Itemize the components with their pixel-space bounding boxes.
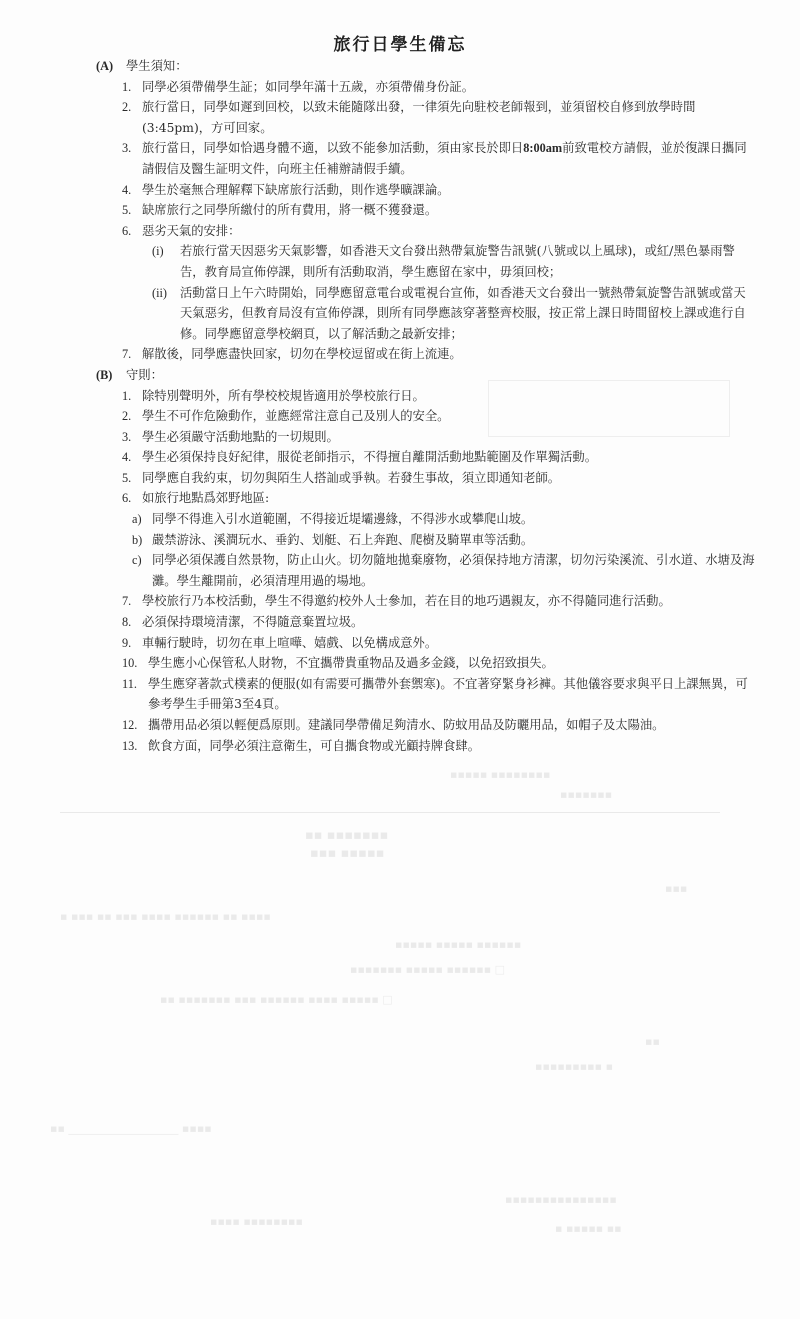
item-number: 5.: [122, 468, 142, 489]
item-text: 同學必須保護自然景物，防止山火。切勿隨地拋棄廢物，必須保持地方清潔，切勿污染溪流…: [152, 550, 756, 591]
item-text: 學生應穿著款式樸素的便服(如有需要可攜帶外套禦寒)。不宜著穿緊身衫褲。其他儀容要…: [148, 674, 756, 715]
item-text: 車輛行駛時，切勿在車上喧嘩、嬉戲、以免構成意外。: [142, 633, 756, 654]
list-item: 3. 旅行當日，同學如恰遇身體不適，以致不能參加活動，須由家長於即日8:00am…: [122, 138, 756, 179]
item-text: 學生必須嚴守活動地點的一切規則。: [142, 427, 756, 448]
item-text: 同學應自我約束，切勿與陌生人搭訕或爭執。若發生事故，須立即通知老師。: [142, 468, 756, 489]
item-number: 7.: [122, 344, 142, 365]
item-text: 缺席旅行之同學所繳付的所有費用，將一概不獲發還。: [142, 200, 756, 221]
bleed-through-text: ▪▪ ▪▪▪▪▪▪▪: [305, 828, 388, 843]
item-text: 同學必須帶備學生証；如同學年滿十五歲，亦須帶備身份証。: [142, 77, 756, 98]
item-number: 10.: [122, 653, 148, 674]
bleed-through-text: ▪▪▪▪▪▪▪▪▪ ▪: [535, 1060, 613, 1073]
bleed-through-text: ▪▪▪▪▪ ▪▪▪▪▪▪▪▪: [450, 768, 550, 781]
item-number: 1.: [122, 386, 142, 407]
bleed-through-text: ▪▪ ▪▪▪▪▪▪▪ ▪▪▪ ▪▪▪▪▪▪ ▪▪▪▪ ▪▪▪▪▪ □: [160, 993, 393, 1006]
list-item: 7. 學校旅行乃本校活動，學生不得邀約校外人士參加，若在目的地巧遇親友，亦不得隨…: [122, 591, 756, 612]
item-number: 4.: [122, 180, 142, 201]
item-number: 3.: [122, 427, 142, 448]
document-page: ▪▪▪▪▪ ▪▪▪▪▪▪▪▪ ▪▪▪▪▪▪▪ ▪▪ ▪▪▪▪▪▪▪ ▪▪▪ ▪▪…: [0, 0, 800, 1319]
item-number: 9.: [122, 633, 142, 654]
item-text: 活動當日上午六時開始，同學應留意電台或電視台宣佈，如香港天文台發出一號熱帶氣旋警…: [180, 283, 756, 345]
item-number: 2.: [122, 97, 142, 138]
item-text: 解散後，同學應盡快回家，切勿在學校逗留或在街上流連。: [142, 344, 756, 365]
item-number: 6.: [122, 221, 142, 242]
sub-list-item: a) 同學不得進入引水道範圍，不得接近堤壩邊緣，不得涉水或攀爬山坡。: [132, 509, 756, 530]
bleed-through-text: ▪ ▪▪▪▪▪ ▪▪: [555, 1222, 622, 1235]
bleed-through-text: ▪▪▪ ▪▪▪▪▪: [310, 846, 385, 861]
item-number: 7.: [122, 591, 142, 612]
item-text: 旅行當日，同學如恰遇身體不適，以致不能參加活動，須由家長於即日8:00am前致電…: [142, 138, 756, 179]
bleed-through-text: ▪▪: [645, 1035, 660, 1048]
item-number: a): [132, 509, 152, 530]
item-text: 若旅行當天因惡劣天氣影響，如香港天文台發出熱帶氣旋警告訊號(八號或以上風球)，或…: [180, 241, 756, 282]
item-text: 旅行當日，同學如遲到回校，以致未能隨隊出發，一律須先向駐校老師報到，並須留校自修…: [142, 97, 756, 138]
section-label: (B): [96, 365, 126, 386]
item-number: (i): [152, 241, 180, 282]
list-item: 13. 飲食方面，同學必須注意衛生，可自攜食物或光顧持牌食肆。: [122, 736, 756, 757]
list-item: 6. 惡劣天氣的安排：: [122, 221, 756, 242]
item-number: 11.: [122, 674, 148, 715]
list-item: 2. 旅行當日，同學如遲到回校，以致未能隨隊出發，一律須先向駐校老師報到，並須留…: [122, 97, 756, 138]
item-text: 學生必須保持良好紀律，服從老師指示，不得擅自離開活動地點範圍及作單獨活動。: [142, 447, 756, 468]
section-a-heading: (A) 學生須知：: [96, 56, 756, 77]
section-label: (A): [96, 56, 126, 77]
item-text: 嚴禁游泳、溪澗玩水、垂釣、划艇、石上奔跑、爬樹及騎單車等活動。: [152, 530, 756, 551]
item-number: (ii): [152, 283, 180, 345]
item-text: 學生於毫無合理解釋下缺席旅行活動，則作逃學曠課論。: [142, 180, 756, 201]
item-number: 5.: [122, 200, 142, 221]
list-item: 7. 解散後，同學應盡快回家，切勿在學校逗留或在街上流連。: [122, 344, 756, 365]
sub-list-item: (i) 若旅行當天因惡劣天氣影響，如香港天文台發出熱帶氣旋警告訊號(八號或以上風…: [152, 241, 756, 282]
item-text: 必須保持環境清潔，不得隨意棄置垃圾。: [142, 612, 756, 633]
list-item: 4. 學生必須保持良好紀律，服從老師指示，不得擅自離開活動地點範圍及作單獨活動。: [122, 447, 756, 468]
list-item: 5. 同學應自我約束，切勿與陌生人搭訕或爭執。若發生事故，須立即通知老師。: [122, 468, 756, 489]
list-item: 5. 缺席旅行之同學所繳付的所有費用，將一概不獲發還。: [122, 200, 756, 221]
list-item: 12. 攜帶用品必須以輕便爲原則。建議同學帶備足夠清水、防蚊用品及防曬用品，如帽…: [122, 715, 756, 736]
list-item: 2. 學生不可作危險動作，並應經常注意自己及別人的安全。: [122, 406, 756, 427]
section-title: 守則：: [126, 365, 163, 386]
bleed-through-text: ▪ ▪▪▪ ▪▪ ▪▪▪ ▪▪▪▪ ▪▪▪▪▪▪ ▪▪ ▪▪▪▪: [60, 910, 271, 923]
list-item: 1. 同學必須帶備學生証；如同學年滿十五歲，亦須帶備身份証。: [122, 77, 756, 98]
item-text: 惡劣天氣的安排：: [142, 221, 756, 242]
item-text: 學生不可作危險動作，並應經常注意自己及別人的安全。: [142, 406, 756, 427]
deadline-time: 8:00am: [523, 141, 562, 155]
document-title: 旅行日學生備忘: [0, 30, 800, 55]
list-item: 11. 學生應穿著款式樸素的便服(如有需要可攜帶外套禦寒)。不宜著穿緊身衫褲。其…: [122, 674, 756, 715]
item-text: 攜帶用品必須以輕便爲原則。建議同學帶備足夠清水、防蚊用品及防曬用品，如帽子及太陽…: [148, 715, 756, 736]
bleed-through-text: ▪▪▪▪ ▪▪▪▪▪▪▪▪: [210, 1215, 303, 1228]
list-item: 10. 學生應小心保管私人財物，不宜攜帶貴重物品及過多金錢，以免招致損失。: [122, 653, 756, 674]
item-number: c): [132, 550, 152, 591]
list-item: 8. 必須保持環境清潔，不得隨意棄置垃圾。: [122, 612, 756, 633]
list-item: 4. 學生於毫無合理解釋下缺席旅行活動，則作逃學曠課論。: [122, 180, 756, 201]
sub-list-item: c) 同學必須保護自然景物，防止山火。切勿隨地拋棄廢物，必須保持地方清潔，切勿污…: [132, 550, 756, 591]
document-body: (A) 學生須知： 1. 同學必須帶備學生証；如同學年滿十五歲，亦須帶備身份証。…: [96, 56, 756, 756]
item-number: 12.: [122, 715, 148, 736]
list-item: 1. 除特別聲明外，所有學校校規皆適用於學校旅行日。: [122, 386, 756, 407]
item-text-part: 旅行當日，同學如恰遇身體不適，以致不能參加活動，須由家長於即日: [142, 141, 523, 155]
bleed-through-text: ▪▪▪▪▪▪▪▪▪▪▪▪▪▪▪: [505, 1193, 617, 1206]
bleed-through-text: ▪▪▪: [665, 882, 687, 895]
item-number: b): [132, 530, 152, 551]
item-number: 13.: [122, 736, 148, 757]
item-number: 2.: [122, 406, 142, 427]
item-text: 除特別聲明外，所有學校校規皆適用於學校旅行日。: [142, 386, 756, 407]
list-item: 3. 學生必須嚴守活動地點的一切規則。: [122, 427, 756, 448]
item-text: 如旅行地點爲郊野地區:: [142, 488, 756, 509]
item-text: 學生應小心保管私人財物，不宜攜帶貴重物品及過多金錢，以免招致損失。: [148, 653, 756, 674]
item-text: 同學不得進入引水道範圍，不得接近堤壩邊緣，不得涉水或攀爬山坡。: [152, 509, 756, 530]
sub-list-item: (ii) 活動當日上午六時開始，同學應留意電台或電視台宣佈，如香港天文台發出一號…: [152, 283, 756, 345]
section-b-heading: (B) 守則：: [96, 365, 756, 386]
bleed-through-text: ▪▪▪▪▪▪▪: [560, 788, 612, 801]
sub-list-item: b) 嚴禁游泳、溪澗玩水、垂釣、划艇、石上奔跑、爬樹及騎單車等活動。: [132, 530, 756, 551]
section-title: 學生須知：: [126, 56, 188, 77]
list-item: 9. 車輛行駛時，切勿在車上喧嘩、嬉戲、以免構成意外。: [122, 633, 756, 654]
bleed-through-text: ▪▪ ____________________ ▪▪▪▪: [50, 1122, 212, 1135]
item-number: 4.: [122, 447, 142, 468]
bleed-through-text: ▪▪▪▪▪ ▪▪▪▪▪ ▪▪▪▪▪▪: [395, 938, 521, 951]
item-number: 6.: [122, 488, 142, 509]
bleed-through-text: ▪▪▪▪▪▪▪ ▪▪▪▪▪ ▪▪▪▪▪▪ □: [350, 963, 505, 976]
item-number: 3.: [122, 138, 142, 179]
list-item: 6. 如旅行地點爲郊野地區:: [122, 488, 756, 509]
bleed-through-rule: [60, 812, 720, 813]
item-text: 飲食方面，同學必須注意衛生，可自攜食物或光顧持牌食肆。: [148, 736, 756, 757]
item-number: 1.: [122, 77, 142, 98]
item-number: 8.: [122, 612, 142, 633]
item-text: 學校旅行乃本校活動，學生不得邀約校外人士參加，若在目的地巧遇親友，亦不得隨同進行…: [142, 591, 756, 612]
